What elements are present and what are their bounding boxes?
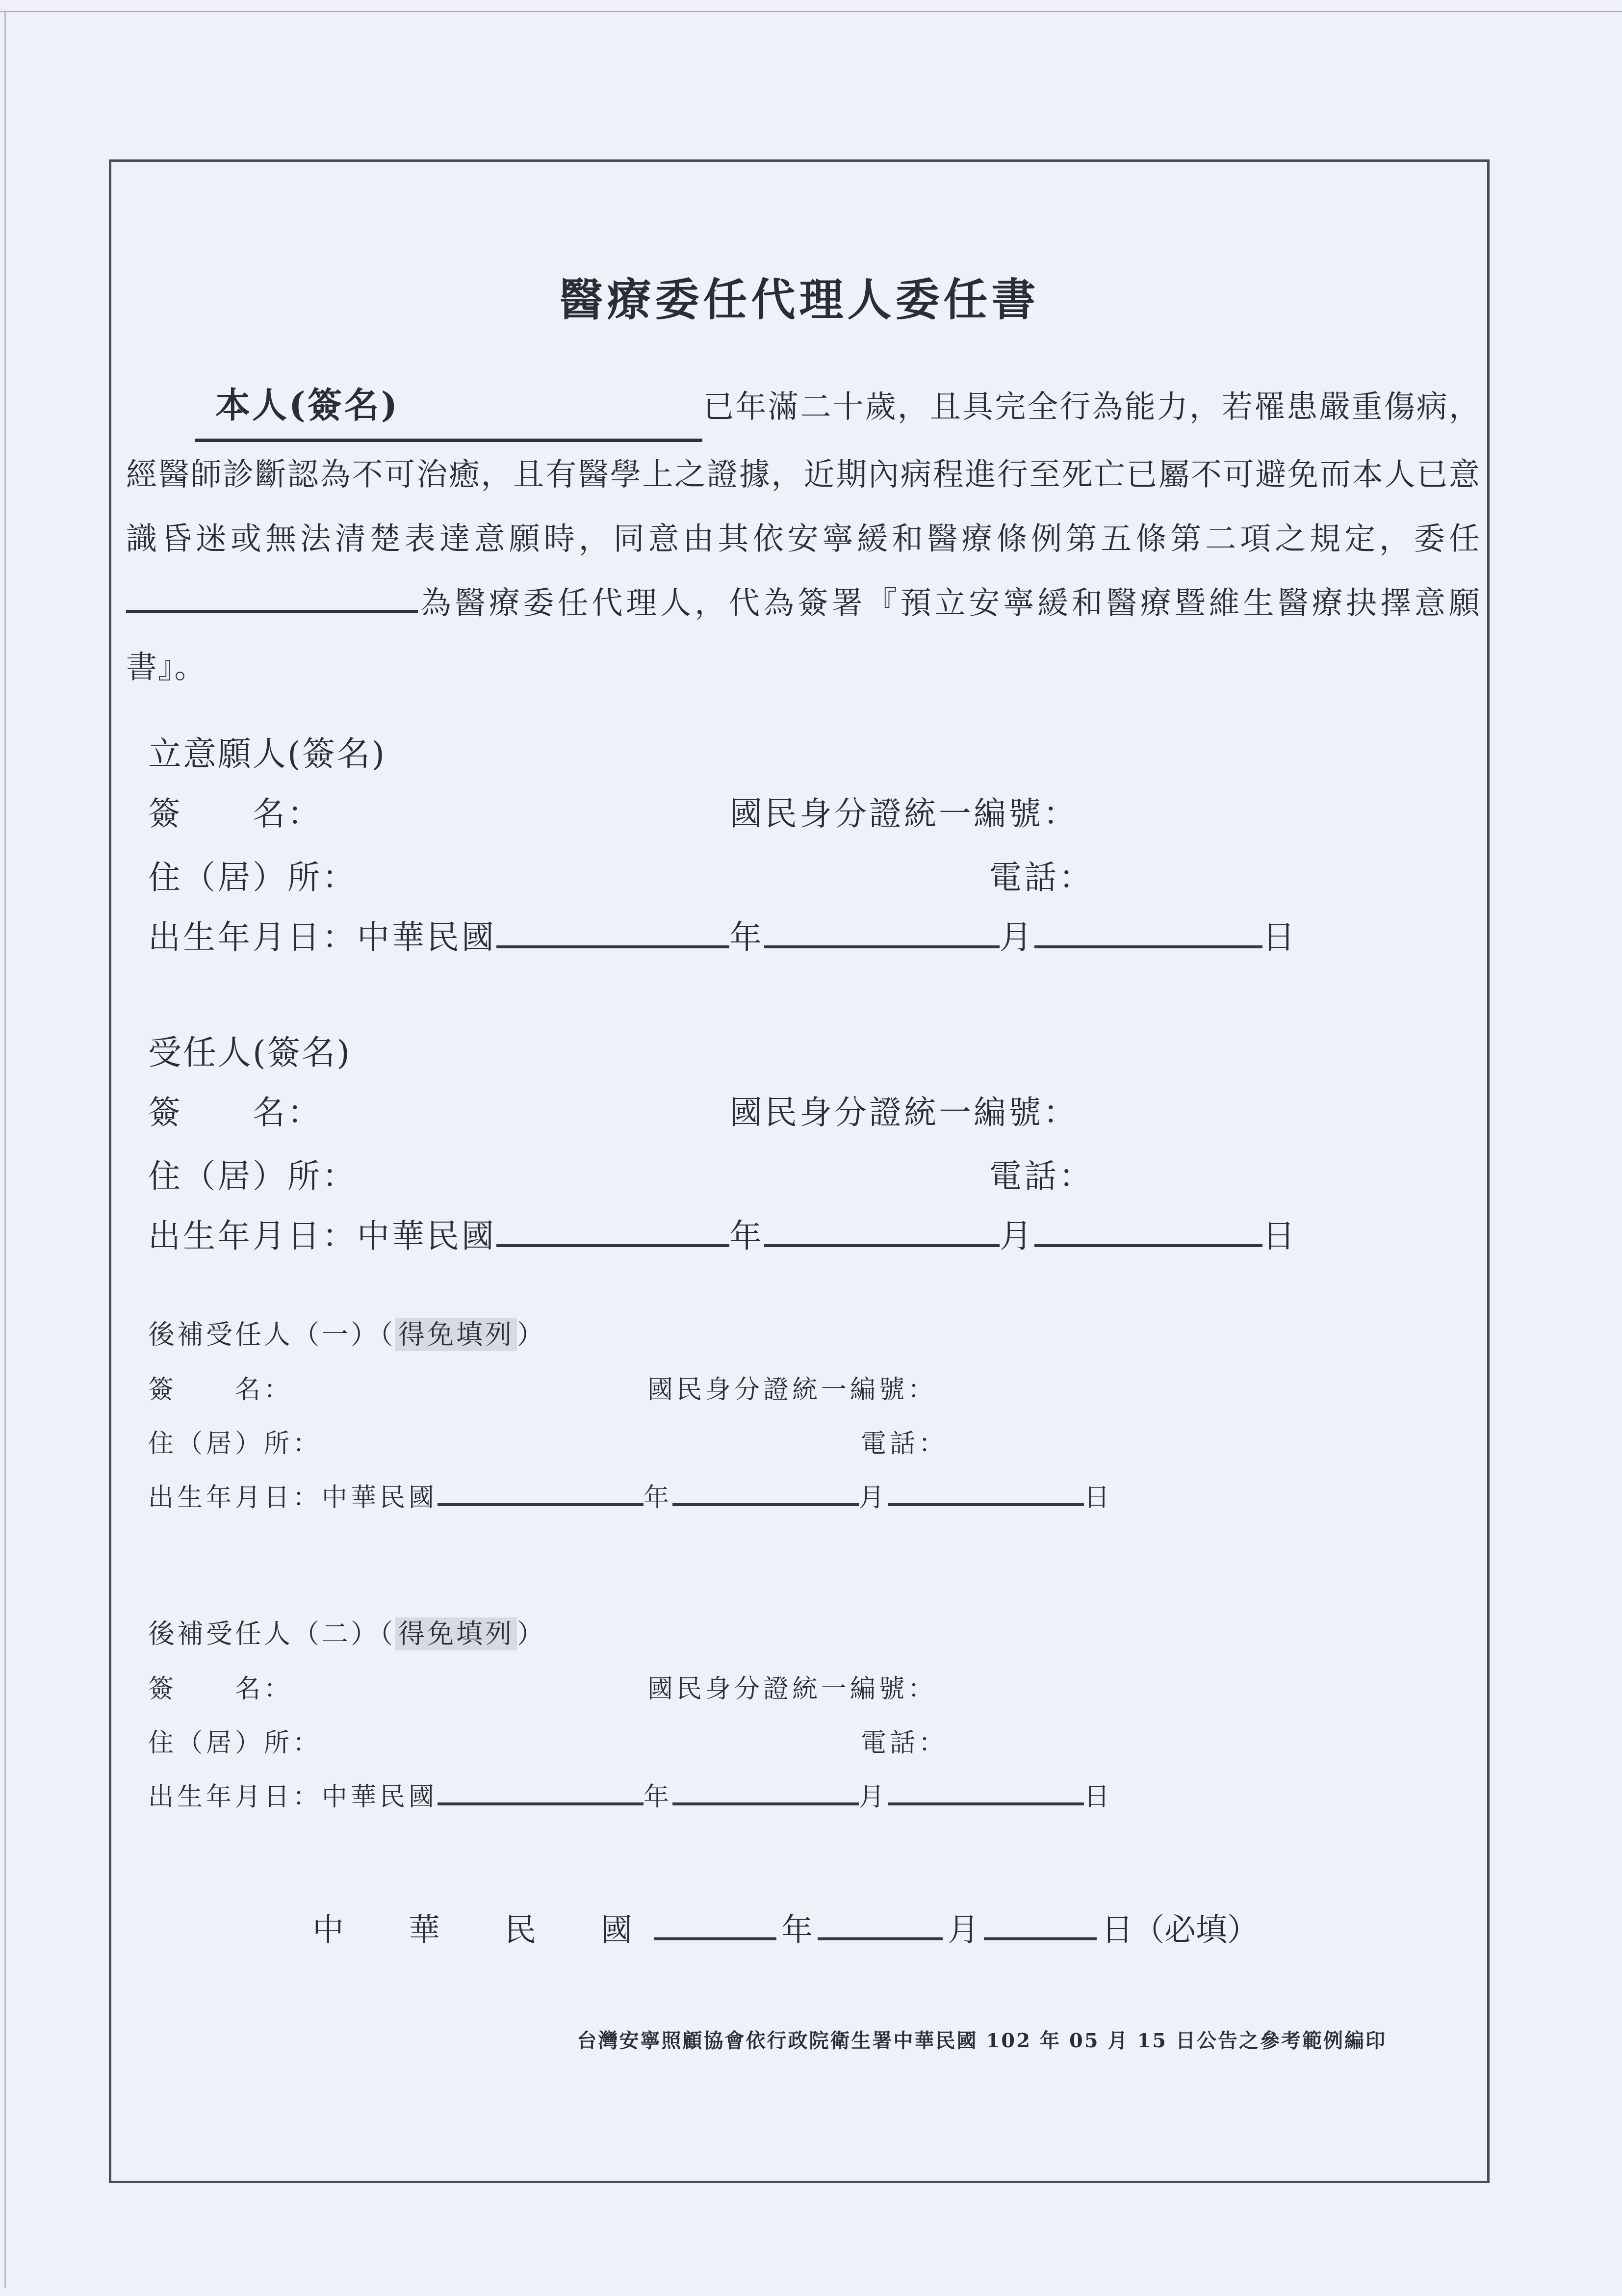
principal-signature-blank[interactable]: 本人(簽名): [195, 373, 702, 442]
address-label: 住（居）所：: [148, 1429, 322, 1459]
day-blank[interactable]: [1034, 913, 1262, 948]
birthdate-label: 出生年月日：中華民國: [148, 1217, 496, 1255]
day-blank[interactable]: [1034, 1212, 1262, 1247]
day-label: 日: [1262, 1217, 1297, 1255]
year-blank[interactable]: [438, 1777, 644, 1805]
address-label: 住（居）所：: [148, 1157, 357, 1195]
day-blank[interactable]: [888, 1478, 1084, 1506]
heading-text: 後補受任人（一）（: [148, 1319, 395, 1350]
signature-label: 簽 名：: [148, 795, 322, 833]
birthdate-label: 出生年月日：中華民國: [148, 1483, 438, 1513]
year-label: 年: [729, 1217, 764, 1255]
section-appointee-heading: 受任人(簽名): [148, 1026, 351, 1074]
day-label: 日: [1084, 1483, 1113, 1513]
appointee-name-blank[interactable]: [126, 579, 418, 613]
year-label: 年: [644, 1483, 672, 1513]
roc-era-label: 中 華 民 國: [312, 1912, 649, 1948]
section-declarant-heading: 立意願人(簽名): [148, 728, 386, 775]
scanned-form-page: 醫療委任代理人委任書 本人(簽名)已年滿二十歲，且具完全行為能力，若罹患嚴重傷病…: [0, 0, 1622, 2296]
birthdate-label: 出生年月日：中華民國: [148, 1782, 438, 1812]
phone-label: 電話：: [989, 1150, 1094, 1197]
signature-label: 簽 名：: [148, 1674, 293, 1704]
phone-label: 電話：: [989, 851, 1094, 898]
month-label: 月: [1000, 1217, 1034, 1255]
execution-date-line: 中 華 民 國年月日（必填）: [312, 1905, 1259, 1950]
id-number-label: 國民身分證統一編號：: [730, 1086, 1078, 1133]
scan-top-edge-artifact: [0, 11, 1622, 12]
month-blank[interactable]: [672, 1478, 859, 1506]
form-title: 醫療委任代理人委任書: [111, 264, 1487, 328]
date-day-required-label: 日（必填）: [1102, 1912, 1259, 1948]
year-blank[interactable]: [496, 1212, 729, 1247]
address-label: 住（居）所：: [148, 1728, 322, 1758]
year-label: 年: [644, 1782, 672, 1812]
month-label: 月: [859, 1782, 888, 1812]
date-month-blank[interactable]: [818, 1906, 943, 1940]
year-blank[interactable]: [496, 913, 729, 948]
address-row: 住（居）所： 電話：: [148, 1722, 1472, 1759]
id-number-label: 國民身分證統一編號：: [730, 787, 1078, 834]
year-blank[interactable]: [438, 1478, 644, 1506]
date-month-label: 月: [948, 1912, 979, 1948]
id-number-label: 國民身分證統一編號：: [647, 1369, 937, 1406]
phone-label: 電話：: [861, 1423, 948, 1460]
heading-text-end: ）: [517, 1618, 546, 1649]
month-label: 月: [1000, 918, 1034, 956]
birthdate-row: 出生年月日：中華民國年月日: [148, 1477, 1472, 1513]
scan-left-edge-artifact: [4, 12, 6, 2288]
address-row: 住（居）所： 電話：: [148, 1423, 1472, 1460]
address-row: 住（居）所： 電話：: [148, 851, 1472, 898]
optional-highlight: 得免填列: [395, 1318, 517, 1351]
signature-label: 簽 名：: [148, 1094, 322, 1131]
signature-label: 簽 名：: [148, 1375, 293, 1405]
month-label: 月: [859, 1483, 888, 1513]
signature-row: 簽 名： 國民身分證統一編號：: [148, 1369, 1472, 1406]
phone-label: 電話：: [861, 1722, 948, 1759]
principal-signature-label: 本人(簽名): [195, 384, 399, 425]
year-label: 年: [729, 918, 764, 956]
heading-text-end: ）: [517, 1319, 546, 1350]
month-blank[interactable]: [764, 913, 1000, 948]
birthdate-row: 出生年月日：中華民國年月日: [148, 1210, 1472, 1256]
section-alternate-2-heading: 後補受任人（二）（得免填列）: [148, 1613, 546, 1651]
signature-row: 簽 名： 國民身分證統一編號：: [148, 787, 1472, 834]
section-alternate-1-heading: 後補受任人（一）（得免填列）: [148, 1314, 546, 1352]
day-label: 日: [1262, 918, 1297, 956]
day-blank[interactable]: [888, 1777, 1084, 1805]
signature-row: 簽 名： 國民身分證統一編號：: [148, 1086, 1472, 1133]
footer-source-note: 台灣安寧照顧協會依行政院衛生署中華民國 102 年 05 月 15 日公告之參考…: [577, 2025, 1387, 2053]
day-label: 日: [1084, 1782, 1113, 1812]
birthdate-row: 出生年月日：中華民國年月日: [148, 1776, 1472, 1813]
address-label: 住（居）所：: [148, 859, 357, 896]
month-blank[interactable]: [764, 1212, 1000, 1247]
date-year-label: 年: [781, 1912, 813, 1948]
id-number-label: 國民身分證統一編號：: [647, 1668, 937, 1705]
date-day-blank[interactable]: [984, 1906, 1097, 1940]
opening-paragraph: 本人(簽名)已年滿二十歲，且具完全行為能力，若罹患嚴重傷病，經醫師診斷認為不可治…: [126, 373, 1481, 699]
birthdate-row: 出生年月日：中華民國年月日: [148, 911, 1472, 958]
month-blank[interactable]: [672, 1777, 859, 1805]
date-year-blank[interactable]: [654, 1906, 776, 1940]
birthdate-label: 出生年月日：中華民國: [148, 918, 496, 956]
optional-highlight: 得免填列: [395, 1618, 517, 1650]
form-border-box: 醫療委任代理人委任書 本人(簽名)已年滿二十歲，且具完全行為能力，若罹患嚴重傷病…: [109, 159, 1490, 2183]
address-row: 住（居）所： 電話：: [148, 1150, 1472, 1197]
signature-row: 簽 名： 國民身分證統一編號：: [148, 1668, 1472, 1705]
heading-text: 後補受任人（二）（: [148, 1618, 395, 1649]
